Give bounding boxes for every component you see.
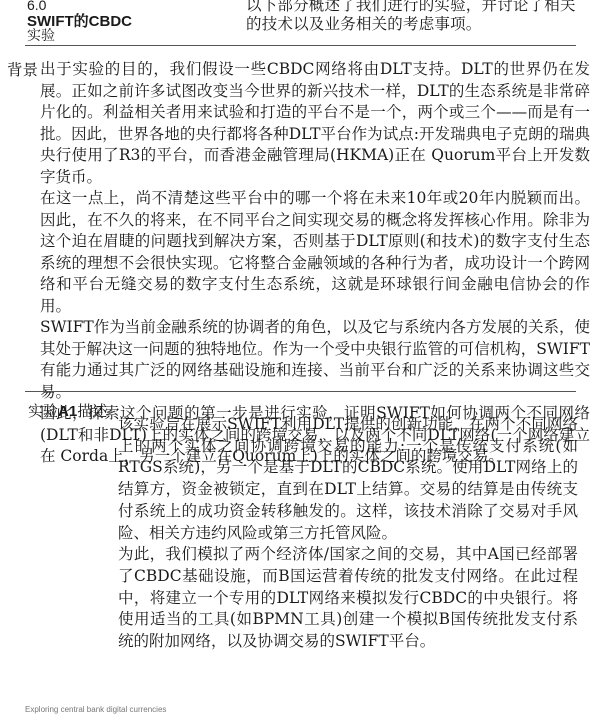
experiment-a1-paragraph: 该实验旨在展示SWIFT利用DLT提供的创新功能，在两个不同网络上的两个实体之间…	[118, 414, 578, 544]
section-title-line2: 实验	[27, 28, 55, 44]
footer-left: Exploring central bank digital currencie…	[25, 705, 166, 714]
experiment-a1-label-bold: A1	[58, 403, 77, 420]
background-body: 出于实验的目的，我们假设一些CBDC网络将由DLT支持。DLT的世界仍在发展。正…	[40, 59, 590, 468]
section-intro: 以下部分概述了我们进行的实验，并讨论了相关的技术以及业务相关的考虑事项。	[246, 0, 586, 34]
background-paragraph: 在这一点上，尚不清楚这些平台中的哪一个将在未来10年或20年内脱颖而出。因此，在…	[40, 188, 590, 317]
experiment-a1-label-suffix: 描述	[77, 402, 107, 420]
experiment-a1-body: 该实验旨在展示SWIFT利用DLT提供的创新功能，在两个不同网络上的两个实体之间…	[118, 414, 578, 653]
background-label: 背景	[7, 59, 38, 81]
section-number: 6.0	[27, 0, 46, 14]
experiment-a1-paragraph: 为此，我们模拟了两个经济体/国家之间的交易，其中A国已经部署了CBDC基础设施，…	[118, 544, 578, 653]
divider-top	[25, 45, 576, 46]
divider-middle	[25, 391, 576, 392]
experiment-a1-label-prefix: 实验	[28, 402, 58, 420]
experiment-a1-label: 实验A1描述	[28, 401, 107, 422]
background-paragraph: 出于实验的目的，我们假设一些CBDC网络将由DLT支持。DLT的世界仍在发展。正…	[40, 59, 590, 188]
